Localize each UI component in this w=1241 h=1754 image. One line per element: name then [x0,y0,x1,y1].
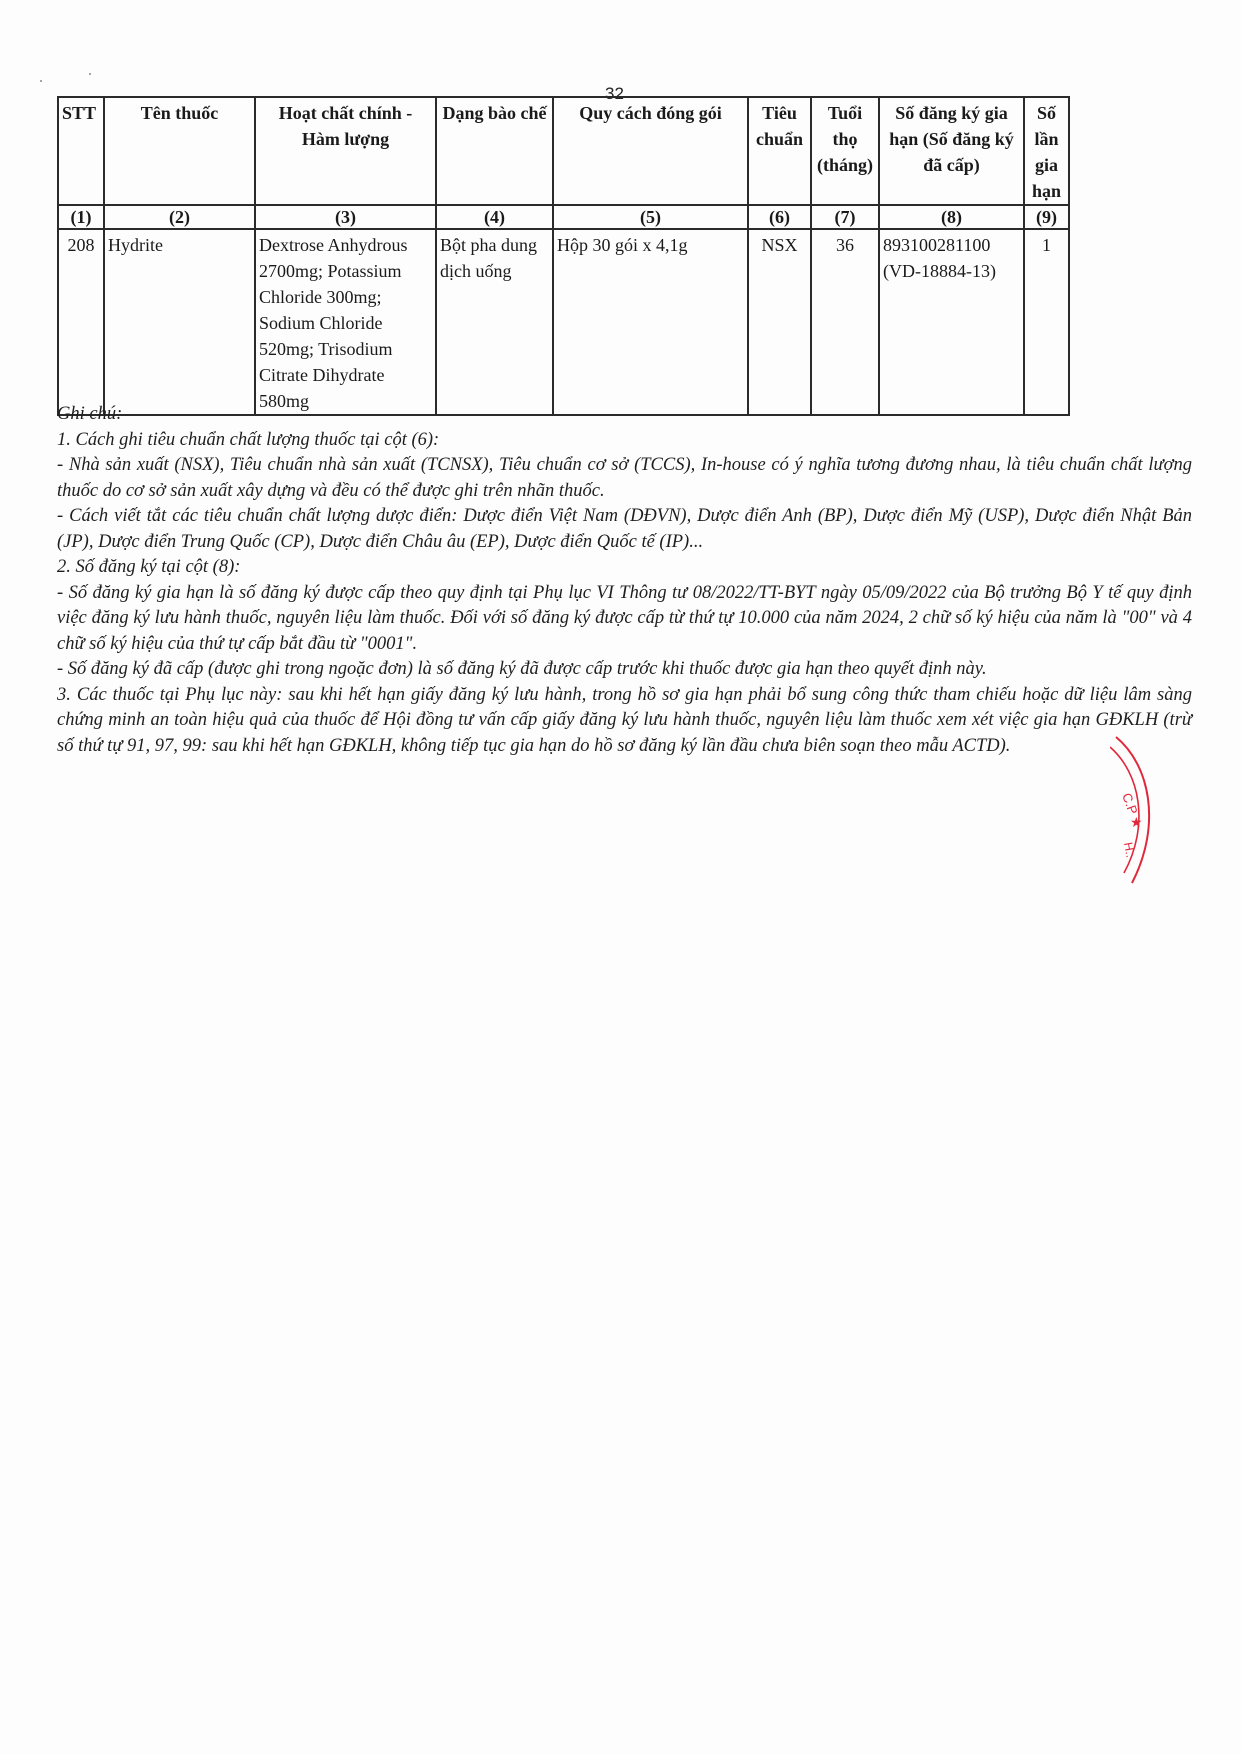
column-index: (9) [1024,205,1069,229]
cell-tieu-chuan: NSX [748,229,811,415]
header-ten-thuoc: Tên thuốc [104,97,255,205]
header-quy-cach: Quy cách đóng gói [553,97,748,205]
cell-quy-cach: Hộp 30 gói x 4,1g [553,229,748,415]
note-line: - Số đăng ký đã cấp (được ghi trong ngoặ… [57,657,1192,683]
cell-tuoi-tho: 36 [811,229,879,415]
note-line: - Số đăng ký gia hạn là số đăng ký được … [57,581,1192,658]
note-line: 1. Cách ghi tiêu chuẩn chất lượng thuốc … [57,428,1192,454]
notes-title: Ghi chú: [57,402,1192,428]
column-index: (2) [104,205,255,229]
column-index: (5) [553,205,748,229]
header-hoat-chat: Hoạt chất chính - Hàm lượng [255,97,436,205]
cell-ten-thuoc: Hydrite [104,229,255,415]
red-seal-stamp-icon: C.P ★ H.. [1110,735,1170,885]
scan-artifact [89,73,91,75]
table-row: 208 Hydrite Dextrose Anhydrous 2700mg; P… [58,229,1069,415]
notes-section: Ghi chú: 1. Cách ghi tiêu chuẩn chất lượ… [57,402,1192,759]
cell-stt: 208 [58,229,104,415]
table-header-row: STT Tên thuốc Hoạt chất chính - Hàm lượn… [58,97,1069,205]
cell-hoat-chat: Dextrose Anhydrous 2700mg; Potassium Chl… [255,229,436,415]
so-dang-ky-moi: 893100281100 [883,232,1020,258]
cell-so-lan-gia-han: 1 [1024,229,1069,415]
header-so-dang-ky: Số đăng ký gia hạn (Số đăng ký đã cấp) [879,97,1024,205]
scan-artifact [40,80,42,82]
column-index: (4) [436,205,553,229]
note-line: - Cách viết tắt các tiêu chuẩn chất lượn… [57,504,1192,555]
svg-text:★: ★ [1130,815,1143,831]
column-index: (3) [255,205,436,229]
header-tieu-chuan: Tiêu chuẩn [748,97,811,205]
column-index: (1) [58,205,104,229]
cell-dang-bao-che: Bột pha dung dịch uống [436,229,553,415]
svg-text:H..: H.. [1121,841,1137,859]
cell-so-dang-ky: 893100281100 (VD-18884-13) [879,229,1024,415]
column-index: (7) [811,205,879,229]
note-line: - Nhà sản xuất (NSX), Tiêu chuẩn nhà sản… [57,453,1192,504]
note-line: 2. Số đăng ký tại cột (8): [57,555,1192,581]
so-dang-ky-cu: (VD-18884-13) [883,258,1020,284]
column-index: (8) [879,205,1024,229]
column-index: (6) [748,205,811,229]
registration-table: STT Tên thuốc Hoạt chất chính - Hàm lượn… [57,96,1070,416]
header-so-lan-gia-han: Số lần gia hạn [1024,97,1069,205]
header-tuoi-tho: Tuổi thọ (tháng) [811,97,879,205]
note-line: 3. Các thuốc tại Phụ lục này: sau khi hế… [57,683,1192,760]
column-index-row: (1) (2) (3) (4) (5) (6) (7) (8) (9) [58,205,1069,229]
header-dang-bao-che: Dạng bào chế [436,97,553,205]
header-stt: STT [58,97,104,205]
